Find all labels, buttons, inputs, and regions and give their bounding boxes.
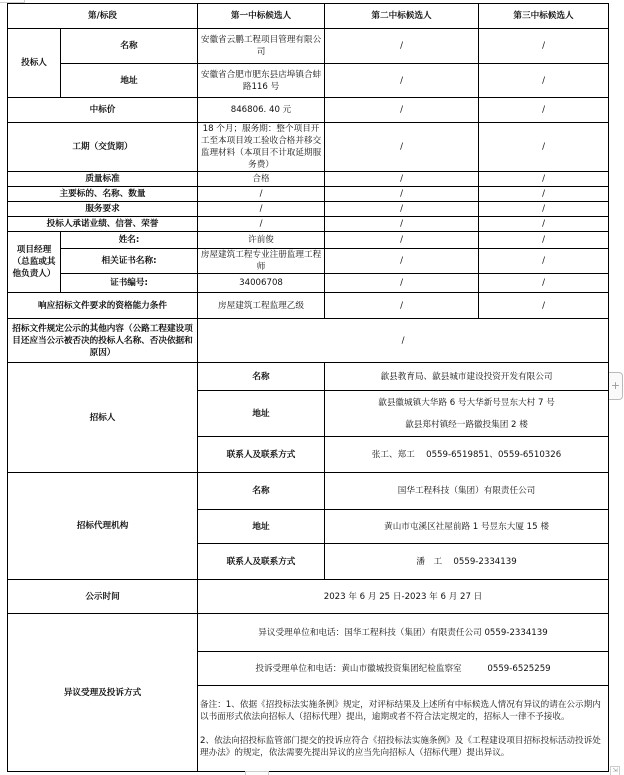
tenderer-contact-label: 联系人及联系方式 xyxy=(198,437,325,473)
add-row-tab[interactable]: + xyxy=(609,372,623,400)
tenderer-contact-value: 张工、郑工 0559-6519851、0559-6510326 xyxy=(325,437,609,473)
agency-address-label: 地址 xyxy=(198,510,325,544)
agency-label: 招标代理机构 xyxy=(8,473,198,580)
commitment-2: / xyxy=(325,217,479,232)
manager-certno-1: 34006708 xyxy=(198,274,325,293)
other-label: 招标文件规定公示的其他内容（公路工程建设项目还应当公示被否决的投标人名称、否决依… xyxy=(8,319,198,363)
tenderer-address-line-2: 歙县郑村镇经一路徽投集团 2 楼 xyxy=(327,419,606,431)
publicity-value: 2023 年 6 月 25 日-2023 年 6 月 27 日 xyxy=(198,580,609,614)
service-2: / xyxy=(325,202,479,217)
subject-1: / xyxy=(198,187,325,202)
quality-3: / xyxy=(479,172,609,187)
price-row: 中标价 846806. 40 元 / / xyxy=(8,98,609,123)
header-candidate-3: 第三中标候选人 xyxy=(479,4,609,29)
period-label: 工期（交货期） xyxy=(8,123,198,172)
bid-result-table: 第/标段 第一中标候选人 第二中标候选人 第三中标候选人 投标人 名称 安徽省云… xyxy=(7,3,609,772)
manager-certno-row: 证书编号: 34006708 / / xyxy=(8,274,609,293)
qualification-1: 房屋建筑工程监理乙级 xyxy=(198,293,325,319)
qualification-2: / xyxy=(325,293,479,319)
publicity-label: 公示时间 xyxy=(8,580,198,614)
manager-cert-3: / xyxy=(479,249,609,274)
table-bottom-handle[interactable] xyxy=(245,771,269,775)
agency-name-value: 国华工程科技（集团）有限责任公司 xyxy=(325,473,609,510)
bidder-name-2: / xyxy=(325,29,479,64)
tenderer-name-label: 名称 xyxy=(198,363,325,391)
tenderer-address-label: 地址 xyxy=(198,391,325,437)
manager-name-2: / xyxy=(325,232,479,249)
manager-cert-row: 相关证书名称: 房屋建筑工程专业注册监理工程师 / / xyxy=(8,249,609,274)
manager-cert-label: 相关证书名称: xyxy=(61,249,198,274)
service-3: / xyxy=(479,202,609,217)
agency-contact-label: 联系人及联系方式 xyxy=(198,544,325,580)
agency-name-label: 名称 xyxy=(198,473,325,510)
period-2: / xyxy=(325,123,479,172)
service-row: 服务要求 / / / xyxy=(8,202,609,217)
subject-2: / xyxy=(325,187,479,202)
period-1: 18 个月；服务期：整个项目开工至本项目竣工验收合格并移交监理材料（本项目不计取… xyxy=(198,123,325,172)
bidder-address-label: 地址 xyxy=(61,64,198,98)
price-2: / xyxy=(325,98,479,123)
bidder-name-label: 名称 xyxy=(61,29,198,64)
bidder-name-1: 安徽省云鹏工程项目管理有限公司 xyxy=(198,29,325,64)
quality-label: 质量标准 xyxy=(8,172,198,187)
bidder-address-2: / xyxy=(325,64,479,98)
subject-label: 主要标的、名称、数量 xyxy=(8,187,198,202)
qualification-3: / xyxy=(479,293,609,319)
subject-row: 主要标的、名称、数量 / / / xyxy=(8,187,609,202)
plus-icon: + xyxy=(611,379,620,392)
agency-name-row: 招标代理机构 名称 国华工程科技（集团）有限责任公司 xyxy=(8,473,609,510)
header-candidate-1: 第一中标候选人 xyxy=(198,4,325,29)
note-1: 备注：1、依据《招投标法实施条例》规定，对评标结果及上述所有中标候选人情况有异议… xyxy=(200,699,606,723)
commitment-row: 投标人承诺业绩、信誉、荣誉 / / / xyxy=(8,217,609,232)
agency-contact-value: 潘 工 0559-2334139 xyxy=(325,544,609,580)
quality-row: 质量标准 合格 / / xyxy=(8,172,609,187)
manager-name-1: 许前俊 xyxy=(198,232,325,249)
manager-cert-1: 房屋建筑工程专业注册监理工程师 xyxy=(198,249,325,274)
period-3: / xyxy=(479,123,609,172)
note-2: 2、依法向招投标监管部门提交的投诉应符合《招投标法实施条例》及《工程建设项目招标… xyxy=(200,735,606,759)
tenderer-address-value: 歙县徽城镇大华路 6 号大华新号昱东大村 7 号 歙县郑村镇经一路徽投集团 2 … xyxy=(325,391,609,437)
bidder-address-row: 地址 安徽省合肥市肥东县店埠镇合蚌路116 号 / / xyxy=(8,64,609,98)
resize-icon: ⇲ xyxy=(612,767,617,774)
complaint-contact: 投诉受理单位和电话：黄山市徽城投资集团纪检监察室 0559-6525259 xyxy=(198,652,609,686)
service-1: / xyxy=(198,202,325,217)
qualification-row: 响应招标文件要求的资格能力条件 房屋建筑工程监理乙级 / / xyxy=(8,293,609,319)
qualification-label: 响应招标文件要求的资格能力条件 xyxy=(8,293,198,319)
price-3: / xyxy=(479,98,609,123)
service-label: 服务要求 xyxy=(8,202,198,217)
tenderer-address-line-1: 歙县徽城镇大华路 6 号大华新号昱东大村 7 号 xyxy=(327,397,606,409)
header-row: 第/标段 第一中标候选人 第二中标候选人 第三中标候选人 xyxy=(8,4,609,29)
manager-name-label: 姓名: xyxy=(61,232,198,249)
manager-certno-label: 证书编号: xyxy=(61,274,198,293)
other-value: / xyxy=(198,319,609,363)
table-resize-handle[interactable]: ⇲ xyxy=(610,766,620,775)
commitment-label: 投标人承诺业绩、信誉、荣誉 xyxy=(8,217,198,232)
header-candidate-2: 第二中标候选人 xyxy=(325,4,479,29)
commitment-1: / xyxy=(198,217,325,232)
header-section: 第/标段 xyxy=(8,4,198,29)
agency-address-value: 黄山市屯溪区社屋前路 1 号昱东大厦 15 楼 xyxy=(325,510,609,544)
price-1: 846806. 40 元 xyxy=(198,98,325,123)
other-row: 招标文件规定公示的其他内容（公路工程建设项目还应当公示被否决的投标人名称、否决依… xyxy=(8,319,609,363)
publicity-row: 公示时间 2023 年 6 月 25 日-2023 年 6 月 27 日 xyxy=(8,580,609,614)
objection-contact: 异议受理单位和电话：国华工程科技（集团）有限责任公司 0559-2334139 xyxy=(198,614,609,652)
bidder-address-3: / xyxy=(479,64,609,98)
manager-label: 项目经理（总监或其他负责人） xyxy=(8,232,61,293)
manager-name-3: / xyxy=(479,232,609,249)
bidder-address-1: 安徽省合肥市肥东县店埠镇合蚌路116 号 xyxy=(198,64,325,98)
period-row: 工期（交货期） 18 个月；服务期：整个项目开工至本项目竣工验收合格并移交监理材… xyxy=(8,123,609,172)
subject-3: / xyxy=(479,187,609,202)
price-label: 中标价 xyxy=(8,98,198,123)
complaint-label: 异议受理及投诉方式 xyxy=(8,614,198,772)
bidder-name-3: / xyxy=(479,29,609,64)
quality-1: 合格 xyxy=(198,172,325,187)
manager-certno-2: / xyxy=(325,274,479,293)
complaint-notes: 备注：1、依据《招投标法实施条例》规定，对评标结果及上述所有中标候选人情况有异议… xyxy=(198,686,609,772)
bidder-label: 投标人 xyxy=(8,29,61,98)
bidder-name-row: 投标人 名称 安徽省云鹏工程项目管理有限公司 / / xyxy=(8,29,609,64)
tenderer-name-value: 歙县教育局、歙县城市建设投资开发有限公司 xyxy=(325,363,609,391)
tenderer-label: 招标人 xyxy=(8,363,198,473)
quality-2: / xyxy=(325,172,479,187)
manager-certno-3: / xyxy=(479,274,609,293)
manager-name-row: 项目经理（总监或其他负责人） 姓名: 许前俊 / / xyxy=(8,232,609,249)
commitment-3: / xyxy=(479,217,609,232)
manager-cert-2: / xyxy=(325,249,479,274)
tenderer-name-row: 招标人 名称 歙县教育局、歙县城市建设投资开发有限公司 xyxy=(8,363,609,391)
objection-row: 异议受理及投诉方式 异议受理单位和电话：国华工程科技（集团）有限责任公司 055… xyxy=(8,614,609,652)
